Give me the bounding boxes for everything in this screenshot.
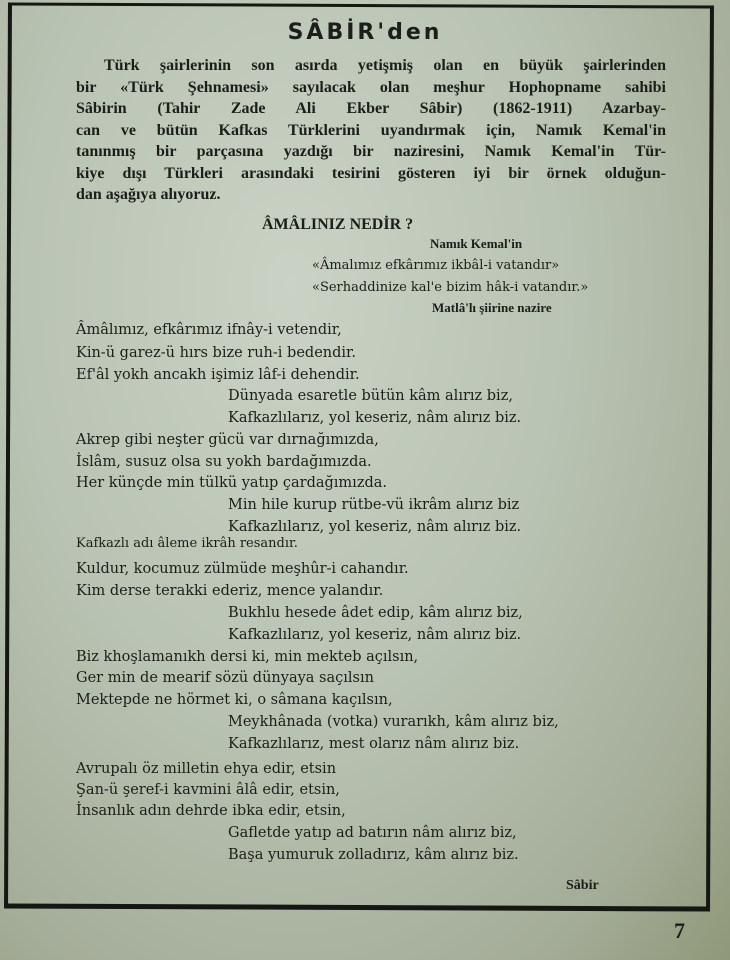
verse-line: Akrep gibi neşter gücü var dırnağımızda, — [76, 432, 379, 448]
verse-line: Ef'âl yokh ancakh işimiz lâf-i dehendir. — [76, 367, 360, 383]
verse-line: Biz khoşlamanıkh dersi ki, min mekteb aç… — [76, 649, 418, 665]
verse-refrain-line: Min hile kurup rütbe-vü ikrâm alırız biz — [228, 497, 519, 513]
epigraph-line: «Serhaddinize kal'e bizim hâk-i vatandır… — [312, 280, 588, 295]
intro-line: can ve bütün Kafkas Türklerini uyandırma… — [76, 120, 666, 142]
verse-line: Mektepde ne hörmet ki, o sâmana kaçılsın… — [76, 692, 393, 708]
intro-line: kiye dışı Türkleri arasındaki tesirini g… — [76, 163, 666, 185]
verse-line: Kuldur, kocumuz zülmüde meşhûr-i cahandı… — [76, 561, 409, 577]
verse-line: İnsanlık adın dehrde ibka edir, etsin, — [76, 803, 346, 819]
intro-line: bir «Türk Şehnamesi» sayılacak olan meşh… — [76, 77, 666, 99]
verse-line: Âmâlımız, efkârımız ifnây-i vetendir, — [76, 322, 342, 338]
verse-refrain-line: Kafkazlılarız, yol keseriz, nâm alırız b… — [228, 519, 521, 535]
verse-refrain-line: Gafletde yatıp ad batırın nâm alırız biz… — [228, 825, 517, 841]
verse-refrain-line: Meykhânada (votka) vurarıkh, kâm alırız … — [228, 714, 559, 730]
epigraph-note: Matlâ'lı şiirine nazire — [432, 300, 552, 316]
page-title: SÂBİR'den — [0, 20, 730, 45]
verse-refrain-line: Dünyada esaretle bütün kâm alırız biz, — [228, 388, 513, 404]
verse-refrain-line: Başa yumuruk zolladırız, kâm alırız biz. — [228, 847, 519, 863]
poem-title: ÂMÂLINIZ NEDİR ? — [262, 216, 413, 234]
poem-signature: Sâbir — [566, 878, 599, 894]
page-number: 7 — [674, 918, 685, 944]
verse-line: Avrupalı öz milletin ehya edir, etsin — [76, 761, 336, 777]
verse-refrain-line: Kafkazlılarız, mest olarız nâm alırız bi… — [228, 736, 519, 752]
verse-line: İslâm, susuz olsa su yokh bardağımızda. — [76, 454, 372, 470]
verse-line: Ger min de mearif sözü dünyaya saçılsın — [76, 670, 374, 686]
verse-line: Kin-ü garez-ü hırs bize ruh-i bedendir. — [76, 345, 356, 361]
verse-refrain-line: Kafkazlılarız, yol keseriz, nâm alırız b… — [228, 410, 521, 426]
verse-refrain-line: Kafkazlılarız, yol keseriz, nâm alırız b… — [228, 627, 521, 643]
verse-line: Kafkazlı adı âleme ikrâh resandır. — [76, 536, 298, 551]
verse-line: Kim derse terakki ederiz, mence yalandır… — [76, 583, 383, 599]
intro-line: tanınmış bir parçasına yazdığı bir nazir… — [76, 141, 666, 163]
verse-refrain-line: Bukhlu hesede âdet edip, kâm alırız biz, — [228, 605, 523, 621]
intro-line: dan aşağıya alıyoruz. — [76, 184, 666, 206]
verse-line: Şan-ü şeref-i kavmini âlâ edir, etsin, — [76, 782, 340, 798]
epigraph-author: Namık Kemal'in — [430, 236, 522, 252]
intro-line: Türk şairlerinin son asırda yetişmiş ola… — [76, 55, 666, 77]
verse-line: Her künçde min tülkü yatıp çardağımızda. — [76, 475, 387, 491]
intro-line: Sâbirin (Tahir Zade Ali Ekber Sâbir) (18… — [76, 98, 666, 120]
epigraph-line: «Âmalımız efkârımız ikbâl-i vatandır» — [312, 258, 559, 273]
intro-paragraph: Türk şairlerinin son asırda yetişmiş ola… — [76, 55, 666, 206]
